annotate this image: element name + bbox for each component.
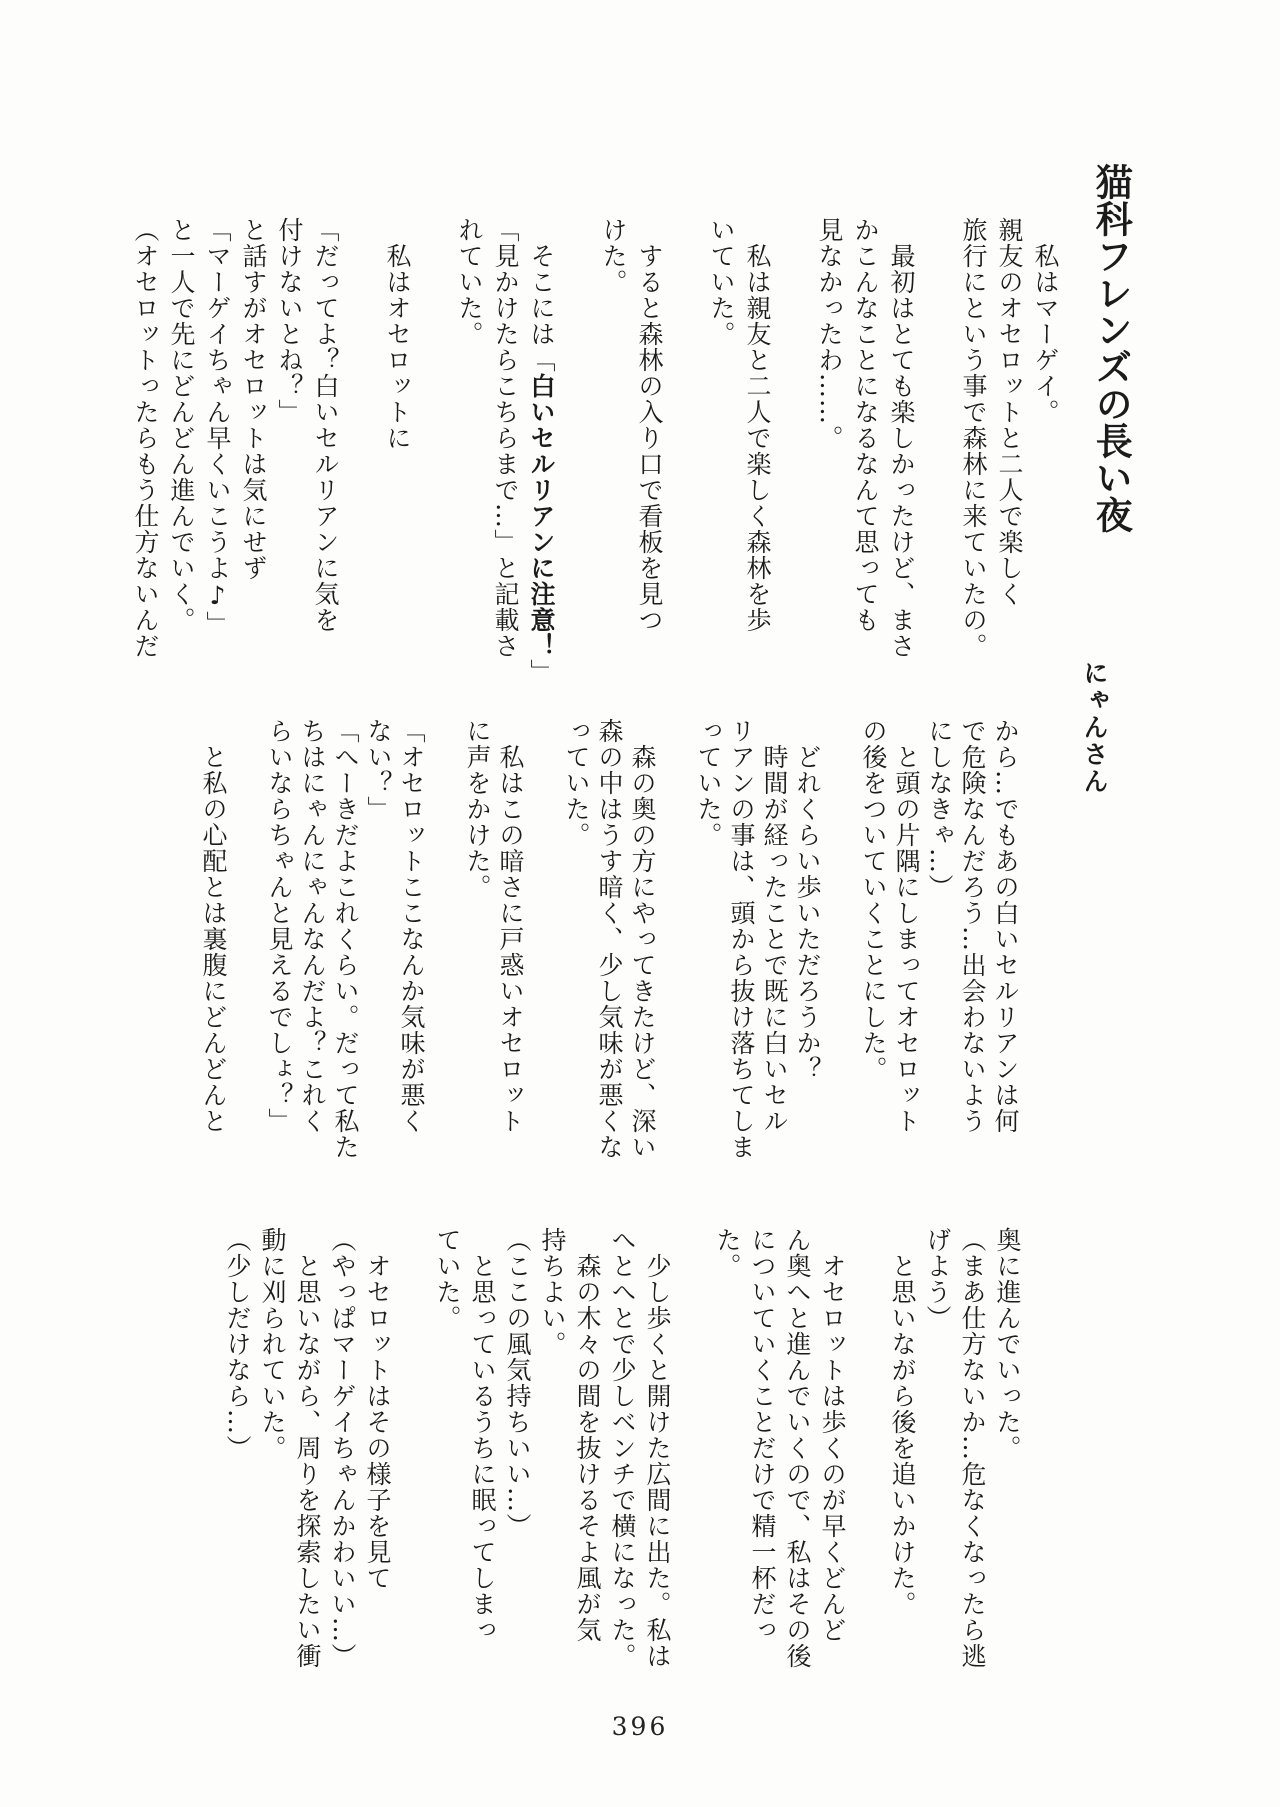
text-line: （やっぱマーゲイちゃんかわいい…） <box>325 1227 360 1677</box>
text-line: へとへとで少しベンチで横になった。 <box>605 1227 640 1677</box>
author-name: にゃんさん <box>1076 660 1112 820</box>
text-line: 少し歩くと開けた広間に出た。私は <box>640 1227 675 1677</box>
text-line: （オセロットったらもう仕方ないんだ <box>127 217 163 689</box>
text-line <box>775 217 811 689</box>
text-band-middle: から…でもあの白いセルリアンは何で危険なんだろう…出会わないようにしなきゃ…） … <box>197 718 1022 1190</box>
text-line <box>415 217 451 689</box>
text-line <box>343 217 379 689</box>
text-line: についていくことだけで精一杯だっ <box>745 1227 780 1677</box>
text-line: 奥に進んでいった。 <box>990 1227 1025 1677</box>
text-line: ちはにゃんにゃんなんだよ？これく <box>296 718 329 1190</box>
warning-sign-text: 白いセルリアンに注意！ <box>527 373 556 659</box>
text-line <box>395 1227 430 1677</box>
text-line <box>850 1227 885 1677</box>
text-line: 最初はとても楽しかったけど、まさ <box>883 217 919 689</box>
text-segment: そこには「 <box>527 217 556 373</box>
text-line <box>527 718 560 1190</box>
text-line: 森の木々の間を抜けるそよ風が気 <box>570 1227 605 1677</box>
text-line: （ここの風気持ちいい…） <box>500 1227 535 1677</box>
text-line: 持ちよい。 <box>535 1227 570 1677</box>
text-line: 私はマーゲイ。 <box>1027 217 1063 689</box>
text-line <box>824 718 857 1190</box>
text-line <box>230 718 263 1190</box>
text-line: そこには「白いセルリアンに注意！」 <box>523 217 559 689</box>
text-line: ない？」 <box>362 718 395 1190</box>
text-line <box>659 718 692 1190</box>
text-line <box>667 217 703 689</box>
text-line: 私はこの暗さに戸惑いオセロット <box>494 718 527 1190</box>
text-line: と私の心配とは裏腹にどんどんと <box>197 718 230 1190</box>
text-line: と一人で先にどんどん進んでいく。 <box>163 217 199 689</box>
text-line: どれくらい歩いただろうか？ <box>791 718 824 1190</box>
text-band-bottom: 奥に進んでいった。（まあ仕方ないか…危なくなったら逃げよう） と思いながら後を追… <box>115 1227 1025 1677</box>
text-line: と思いながら後を追いかけた。 <box>885 1227 920 1677</box>
text-line: で危険なんだろう…出会わないよう <box>956 718 989 1190</box>
text-line: と頭の片隅にしまってオセロット <box>890 718 923 1190</box>
text-line: 「だってよ？白いセルリアンに気を <box>307 217 343 689</box>
text-line: にしなきゃ…） <box>923 718 956 1190</box>
text-line: 旅行にという事で森林に来ていたの。 <box>955 217 991 689</box>
text-line: 森の中はうす暗く、少し気味が悪くな <box>593 718 626 1190</box>
text-line <box>428 718 461 1190</box>
page-number: 396 <box>0 1712 1280 1741</box>
text-line: に声をかけた。 <box>461 718 494 1190</box>
text-line: （まあ仕方ないか…危なくなったら逃 <box>955 1227 990 1677</box>
text-line: すると森林の入り口で看板を見つ <box>631 217 667 689</box>
text-band-top: 私はマーゲイ。親友のオセロットと二人で楽しく旅行にという事で森林に来ていたの。 … <box>127 217 1063 689</box>
text-line: （少しだけなら…） <box>220 1227 255 1677</box>
text-segment: 」 <box>527 659 556 685</box>
text-line: 私はオセロットに <box>379 217 415 689</box>
text-line: 私は親友と二人で楽しく森林を歩 <box>739 217 775 689</box>
text-line: と思いながら、周りを探索したい衝 <box>290 1227 325 1677</box>
text-line: かこんなことになるなんて思っても <box>847 217 883 689</box>
text-line: 時間が経ったことで既に白いセル <box>758 718 791 1190</box>
text-line: っていた。 <box>692 718 725 1190</box>
text-line: リアンの事は、頭から抜け落ちてしま <box>725 718 758 1190</box>
text-line: 「マーゲイちゃん早くいこうよ♪」 <box>199 217 235 689</box>
text-line <box>675 1227 710 1677</box>
text-line: と話すがオセロットは気にせず <box>235 217 271 689</box>
text-line <box>559 217 595 689</box>
scanned-book-page: { "page": { "title": "猫科フレンズの長い夜", "auth… <box>0 0 1280 1807</box>
text-line: らいならちゃんと見えるでしょ？」 <box>263 718 296 1190</box>
text-line: 動に刈られていた。 <box>255 1227 290 1677</box>
text-line: 見なかったわ……。 <box>811 217 847 689</box>
text-line: いていた。 <box>703 217 739 689</box>
text-line: ていた。 <box>430 1227 465 1677</box>
text-line: 「へーきだよこれくらい。だって私た <box>329 718 362 1190</box>
text-line: げよう） <box>920 1227 955 1677</box>
text-line: れていた。 <box>451 217 487 689</box>
text-line: た。 <box>710 1227 745 1677</box>
text-line: 「見かけたらこちらまで…」と記載さ <box>487 217 523 689</box>
text-line: と思っているうちに眠ってしまっ <box>465 1227 500 1677</box>
text-line: オセロットは歩くのが早くどんど <box>815 1227 850 1677</box>
text-line: 「オセロットここなんか気味が悪く <box>395 718 428 1190</box>
text-line: ん奥へと進んでいくので、私はその後 <box>780 1227 815 1677</box>
text-line: から…でもあの白いセルリアンは何 <box>989 718 1022 1190</box>
story-title: 猫科フレンズの長い夜 <box>1084 163 1138 563</box>
text-line: 森の奥の方にやってきたけど、深い <box>626 718 659 1190</box>
text-line: の後をついていくことにした。 <box>857 718 890 1190</box>
text-line: けた。 <box>595 217 631 689</box>
text-line: 付けないとね？」 <box>271 217 307 689</box>
text-line: 親友のオセロットと二人で楽しく <box>991 217 1027 689</box>
text-line: オセロットはその様子を見て <box>360 1227 395 1677</box>
text-line: っていた。 <box>560 718 593 1190</box>
text-line <box>919 217 955 689</box>
